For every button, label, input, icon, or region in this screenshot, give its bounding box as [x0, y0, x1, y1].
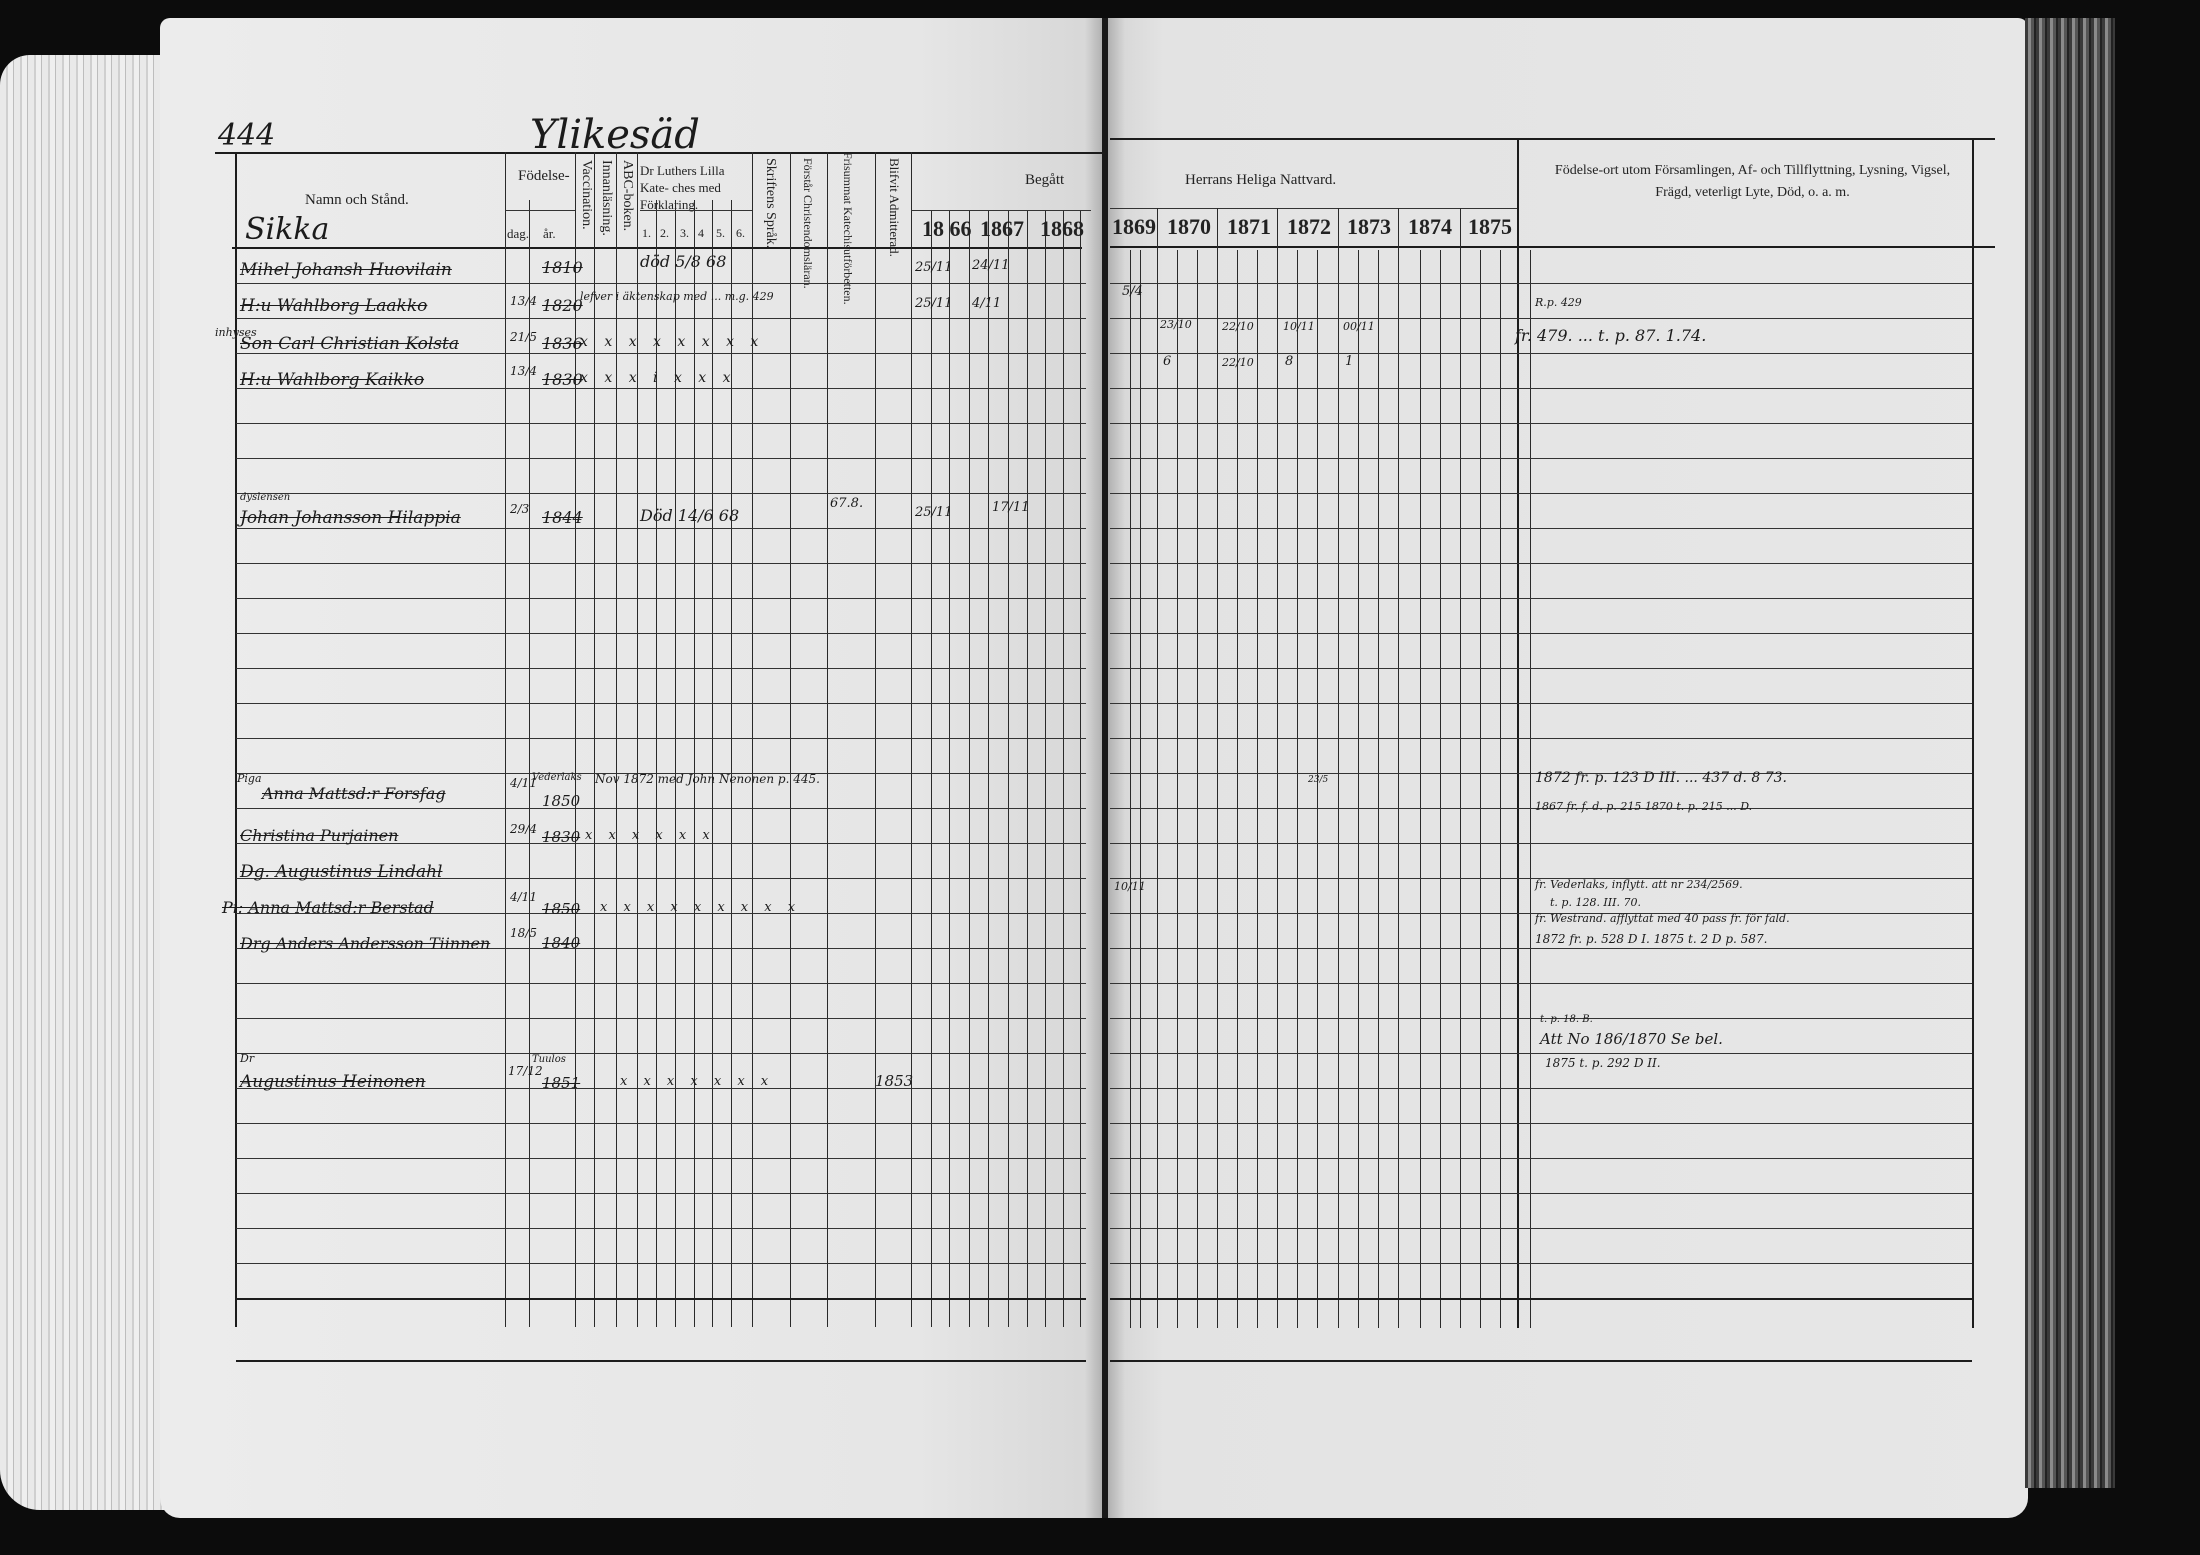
- entry-birth-year: 1850: [542, 792, 580, 810]
- entry-name: H:u Wahlborg Laakko: [240, 296, 427, 316]
- remark: 1872 fr. p. 123 D III. ... 437 d. 8 73.: [1535, 770, 1787, 786]
- right-page: [1108, 18, 2028, 1518]
- entry-marks: x x x x x x x: [620, 1074, 774, 1089]
- book-right-page-edges: [2025, 18, 2115, 1488]
- catechism-part-3: 3.: [680, 226, 689, 241]
- communion-year: 1872: [1287, 214, 1331, 240]
- communion-year: 1874: [1408, 214, 1452, 240]
- entry-prefix: Dr: [240, 1052, 254, 1065]
- header-admitted: Blifvit Admitterad.: [886, 158, 902, 243]
- entry-admitted: 1853: [875, 1072, 913, 1090]
- household-label: Sikka: [245, 212, 329, 247]
- entry-name: Mihel Johansh Huovilain: [240, 260, 452, 280]
- entry-extra: 67.8.: [830, 496, 863, 511]
- remark: fr. Westrand. afflyttat med 40 pass fr. …: [1535, 912, 1790, 925]
- entry-birth-day: 17/12: [508, 1064, 543, 1078]
- communion-year: 1875: [1468, 214, 1512, 240]
- entry-birth-year: 1830: [542, 828, 580, 846]
- remark: fr. Vederlaks, inflytt. att nr 234/2569.: [1535, 878, 1743, 891]
- header-birth-day: dag.: [507, 226, 529, 242]
- communion-mark: 23/10: [1160, 318, 1192, 331]
- entry-birth-year: 1810: [542, 258, 583, 277]
- remark: t. p. 128. III. 70.: [1550, 896, 1641, 909]
- header-birth-year: år.: [543, 226, 556, 242]
- catechism-part-4: 4: [698, 226, 704, 241]
- header-abc-book: ABC-boken.: [619, 160, 635, 245]
- communion-mark: 23/5: [1308, 775, 1328, 785]
- remark: t. p. 18. B.: [1540, 1014, 1593, 1025]
- communion-mark: 22/10: [1222, 356, 1254, 369]
- begatt-year-1867: 1867: [980, 216, 1024, 242]
- entry-note: död 5/8 68: [640, 252, 726, 271]
- entry-birth-year: 1850: [542, 900, 580, 918]
- header-name-and-status: Namn och Stånd.: [305, 192, 409, 209]
- entry-name: Christina Purjainen: [240, 826, 398, 845]
- book-gutter: [1102, 18, 1108, 1518]
- page-number: 444: [218, 118, 275, 153]
- header-catechism-summary: Frisummat Katechisutförbetten.: [840, 152, 855, 247]
- catechism-part-2: 2.: [660, 226, 669, 241]
- entry-name: Dg. Augustinus Lindahl: [240, 862, 442, 882]
- entry-birth-day: 13/4: [510, 364, 537, 378]
- communion-mark: 25/11: [915, 505, 952, 520]
- entry-birth-year: 1830: [542, 370, 583, 389]
- header-scripture: Skriftens Språk.: [762, 158, 778, 248]
- entry-marks: x x x x x x x x x: [600, 900, 801, 915]
- header-begatt: Begått: [1025, 172, 1064, 189]
- entry-name: Pi: Anna Mattsd:r Berstad: [222, 898, 434, 917]
- entry-note: Död 14/6 68: [640, 506, 739, 525]
- communion-mark: 10/11: [1283, 320, 1315, 333]
- entry-name: Anna Mattsd:r Forsfag: [262, 784, 446, 803]
- communion-mark: 25/11: [915, 296, 952, 311]
- communion-mark: 1: [1345, 354, 1353, 369]
- remark: 1875 t. p. 292 D II.: [1545, 1056, 1661, 1070]
- entry-prefix: dyslensen: [240, 492, 290, 503]
- communion-year: 1869: [1112, 214, 1156, 240]
- catechism-part-5: 5.: [716, 226, 725, 241]
- begatt-year-1866: 18 66: [922, 216, 972, 242]
- header-communion: Herrans Heliga Nattvard.: [1185, 172, 1336, 189]
- entry-name: Johan Johansson Hilappia: [240, 508, 461, 528]
- entry-birth-day: 13/4: [510, 294, 537, 308]
- header-christian-doctrine: Förstår Christendomsläran.: [800, 158, 815, 248]
- communion-mark: 17/11: [992, 500, 1029, 515]
- entry-name: Son Carl Christian Kolsta: [240, 334, 459, 354]
- remark: 1867 fr. f. d. p. 215 1870 t. p. 215 ...…: [1535, 800, 1752, 813]
- communion-mark: 00/11: [1343, 320, 1375, 333]
- remark: Att No 186/1870 Se bel.: [1540, 1030, 1723, 1048]
- catechism-part-1: 1.: [642, 226, 651, 241]
- entry-note: lefver i äktenskap med ... m.g. 429: [580, 290, 774, 303]
- header-catechism: Dr Luthers Lilla Kate- ches med Förklari…: [640, 162, 750, 213]
- header-remarks: Födelse-ort utom Församlingen, Af- och T…: [1540, 160, 1965, 204]
- header-reading: Innanläsning.: [598, 160, 614, 245]
- communion-mark: 22/10: [1222, 320, 1254, 333]
- entry-birth-year: 1851: [542, 1074, 580, 1092]
- communion-mark: 10/11: [1114, 880, 1146, 893]
- communion-mark: 4/11: [972, 296, 1001, 311]
- communion-mark: 5/4: [1122, 284, 1143, 299]
- entry-prefix: Piga: [237, 772, 262, 785]
- entry-marks: x x x i x x x: [580, 370, 737, 386]
- entry-name: H:u Wahlborg Kaikko: [240, 370, 424, 390]
- communion-year: 1871: [1227, 214, 1271, 240]
- entry-birth-year: 1836: [542, 334, 583, 353]
- entry-birth-day: 29/4: [510, 822, 537, 836]
- communion-mark: 6: [1163, 354, 1171, 369]
- entry-birth-day: 2/3: [510, 502, 529, 516]
- entry-birth-day: 4/11: [510, 890, 537, 904]
- entry-birth-place: Tuulos: [532, 1054, 566, 1065]
- communion-year: 1873: [1347, 214, 1391, 240]
- remark: R.p. 429: [1535, 296, 1582, 309]
- table-border-right: [1972, 138, 1974, 1328]
- entry-birth-place: Vederlaks: [532, 772, 582, 783]
- book-left-page-edges: [0, 55, 175, 1510]
- entry-marks: x x x x x x x x: [580, 334, 764, 350]
- remark: 1872 fr. p. 528 D I. 1875 t. 2 D p. 587.: [1535, 932, 1767, 946]
- catechism-part-6: 6.: [736, 226, 745, 241]
- entry-note: Nov 1872 med John Nenonen p. 445.: [595, 772, 820, 786]
- entry-name: Drg Anders Andersson Tiinnen: [240, 934, 490, 953]
- communion-mark: 25/11: [915, 260, 952, 275]
- header-birth: Födelse-: [518, 168, 570, 185]
- communion-mark: 8: [1285, 354, 1293, 369]
- header-vaccination: Vaccination.: [578, 160, 594, 245]
- begatt-year-1868: 1868: [1040, 216, 1084, 242]
- entry-birth-year: 1820: [542, 296, 583, 315]
- remark: fr. 479. ... t. p. 87. 1.74.: [1515, 326, 1706, 345]
- entry-birth-day: 18/5: [510, 926, 537, 940]
- entry-birth-year: 1844: [542, 508, 583, 527]
- entry-marks: x x x x x x: [585, 828, 716, 843]
- entry-birth-year: 1840: [542, 934, 580, 952]
- entry-name: Augustinus Heinonen: [240, 1072, 426, 1092]
- communion-year: 1870: [1167, 214, 1211, 240]
- entry-birth-day: 21/5: [510, 330, 537, 344]
- communion-mark: 24/11: [972, 258, 1009, 273]
